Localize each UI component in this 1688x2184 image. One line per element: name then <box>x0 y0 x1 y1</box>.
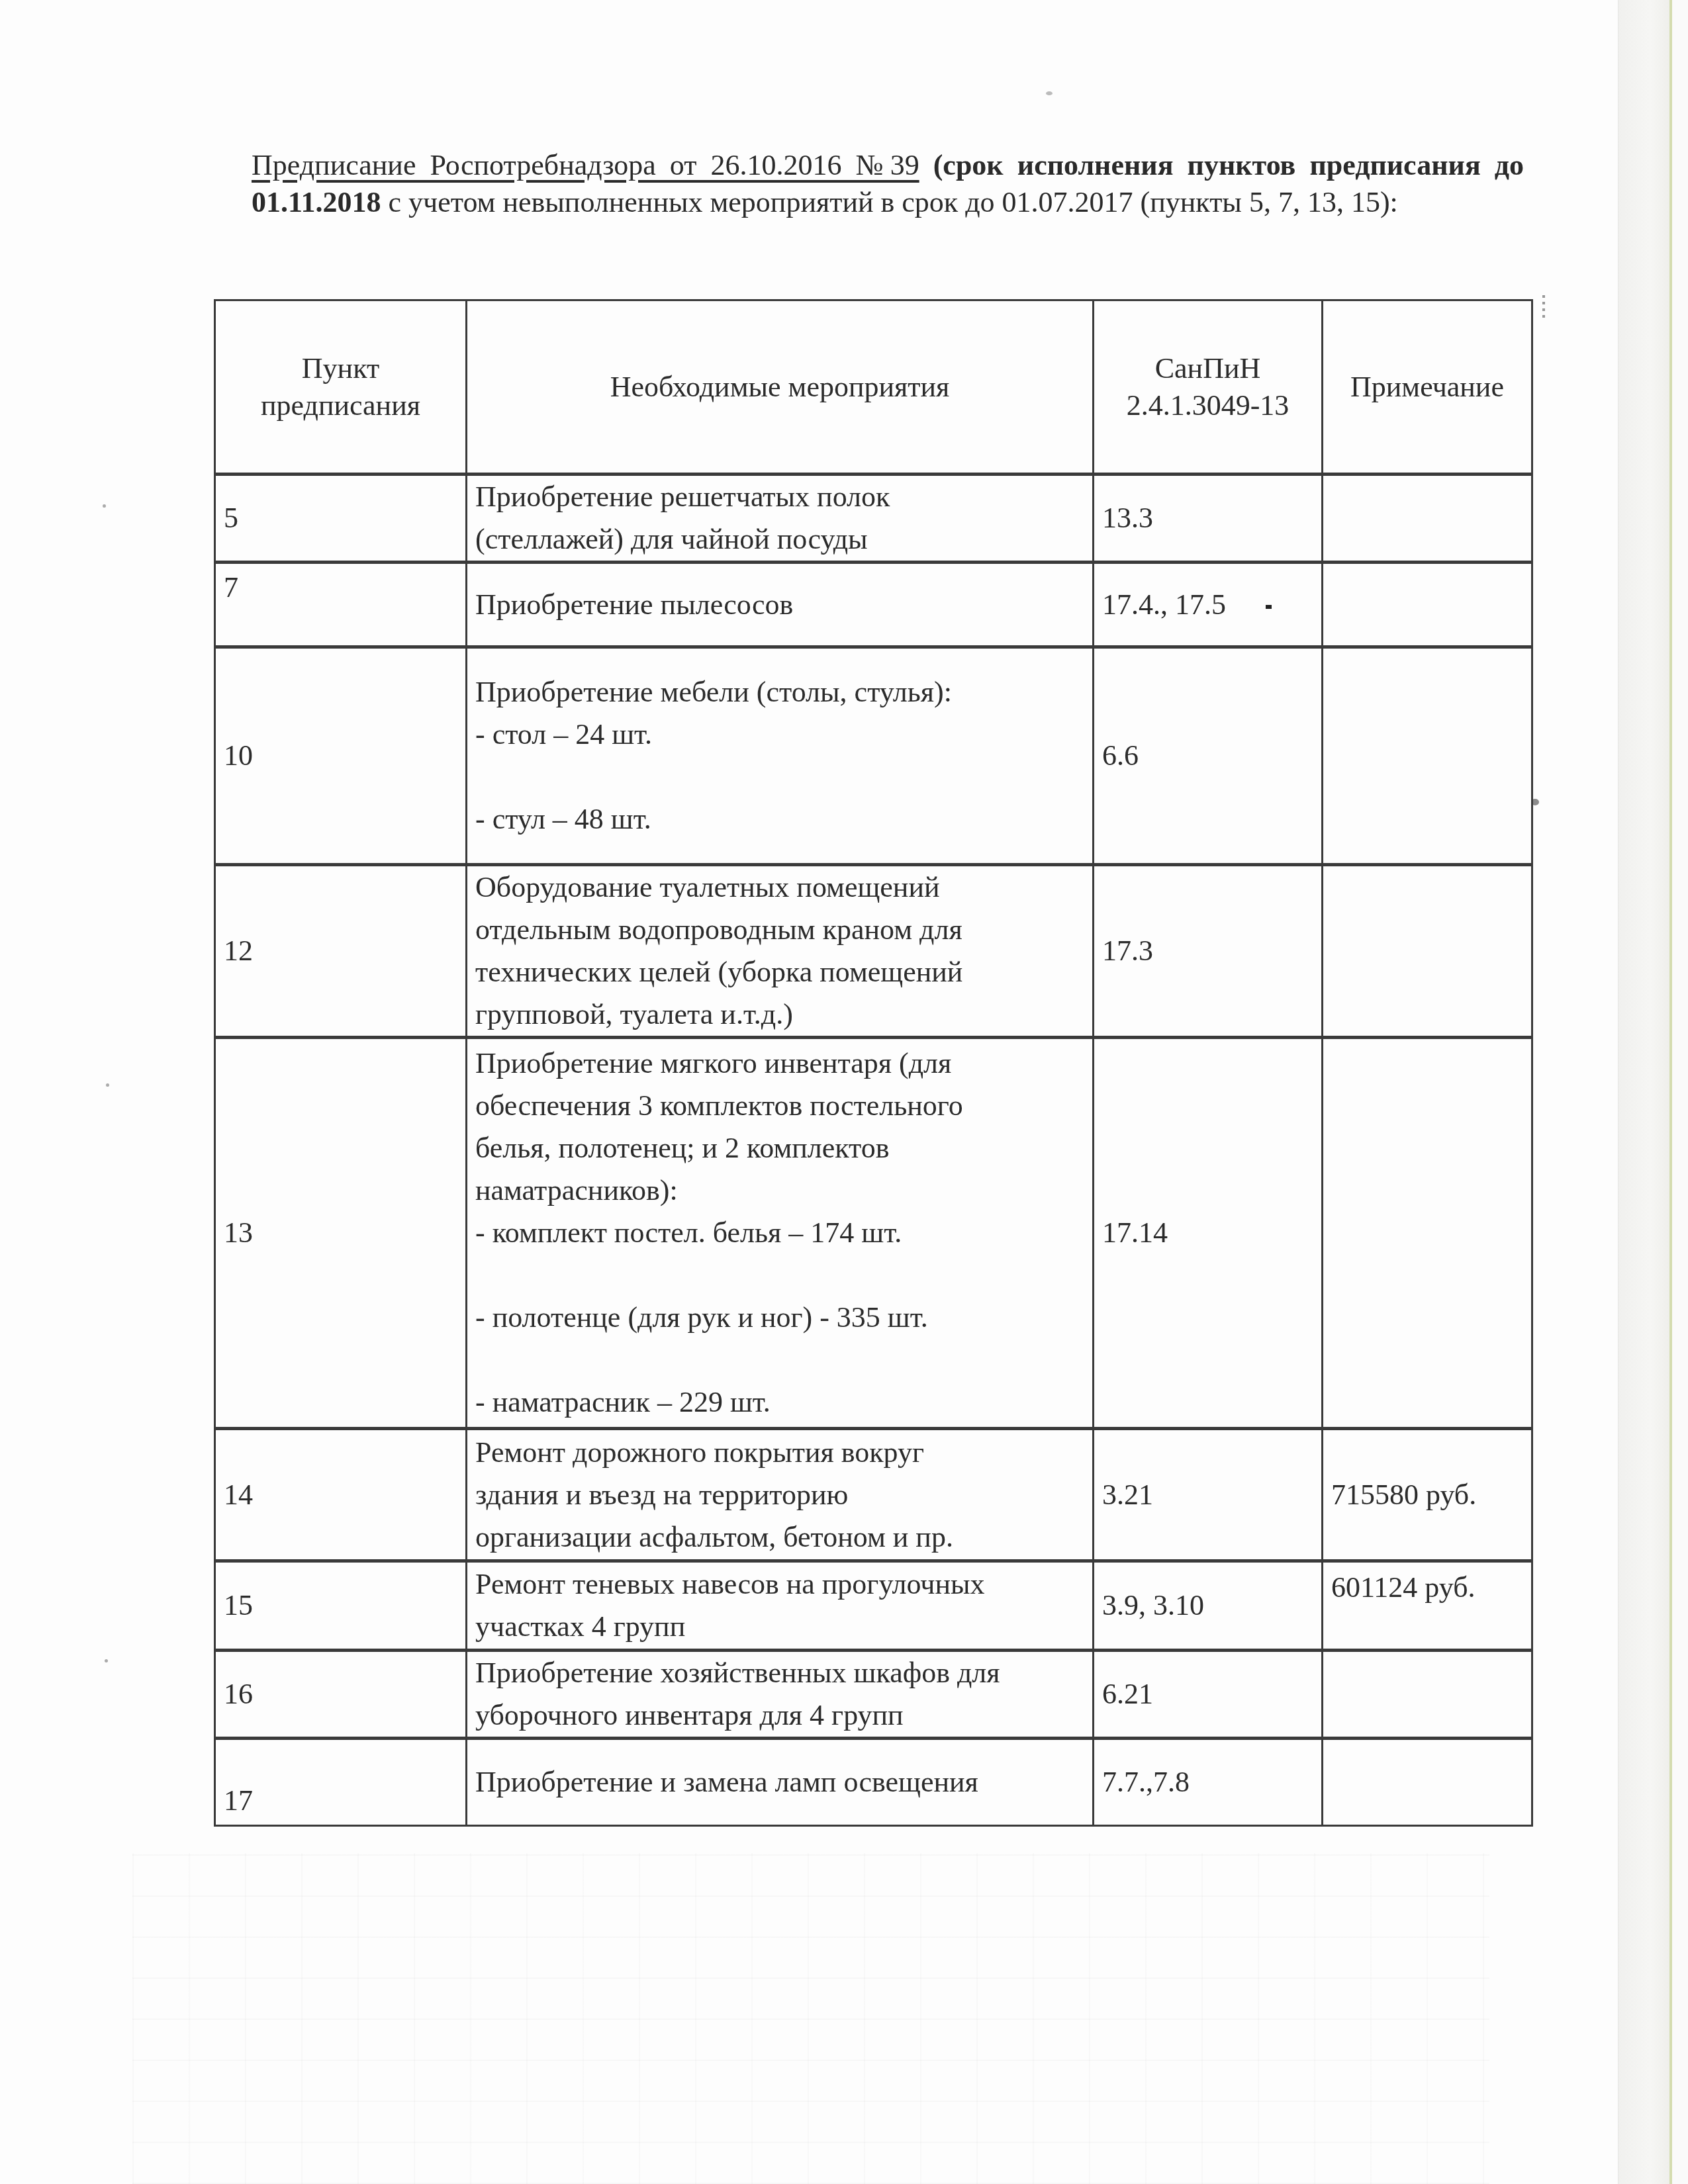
cell-measures: Приобретение пылесосов <box>467 563 1094 647</box>
cell-note: 601124 руб. <box>1323 1561 1532 1651</box>
measure-line <box>475 756 1084 798</box>
scanner-margin <box>1672 0 1688 2184</box>
scanner-page-edge <box>1618 0 1671 2184</box>
scan-speck <box>103 504 106 508</box>
table-header-row: Пункт предписания Необходимые мероприяти… <box>215 300 1532 475</box>
measure-line: - полотенце (для рук и ног) - 335 шт. <box>475 1297 1084 1339</box>
measure-line: - комплект постел. белья – 174 шт. <box>475 1212 1084 1254</box>
measure-line: Приобретение пылесосов <box>475 584 1084 626</box>
measure-line: групповой, туалета и.т.д.) <box>475 993 1084 1036</box>
order-reference: Предписание Роспотребнадзора от 26.10.20… <box>252 149 919 181</box>
table-row: 7Приобретение пылесосов17.4., 17.5 <box>215 563 1532 647</box>
cell-sanpin: 17.4., 17.5 <box>1094 563 1323 647</box>
scan-speck <box>1046 91 1053 95</box>
scan-speck <box>1542 291 1545 318</box>
cell-point: 14 <box>215 1429 467 1561</box>
cell-sanpin: 17.14 <box>1094 1038 1323 1429</box>
cell-note <box>1323 563 1532 647</box>
stray-mark <box>1266 605 1272 609</box>
cell-note <box>1323 1651 1532 1739</box>
table-row: 15Ремонт теневых навесов на прогулочныху… <box>215 1561 1532 1651</box>
table-row: 17Приобретение и замена ламп освещения7.… <box>215 1739 1532 1826</box>
cell-point: 12 <box>215 865 467 1038</box>
cell-measures: Ремонт теневых навесов на прогулочныхуча… <box>467 1561 1094 1651</box>
sanpin-clause: 3.21 <box>1102 1479 1153 1511</box>
cell-sanpin: 13.3 <box>1094 475 1323 563</box>
measure-line: обеспечения 3 комплектов постельного <box>475 1085 1084 1127</box>
scan-speck <box>106 1083 109 1087</box>
measure-line: (стеллажей) для чайной посуды <box>475 518 1084 561</box>
table-row: 14Ремонт дорожного покрытия вокругздания… <box>215 1429 1532 1561</box>
table-row: 16Приобретение хозяйственных шкафов дляу… <box>215 1651 1532 1739</box>
cell-measures: Приобретение решетчатых полок(стеллажей)… <box>467 475 1094 563</box>
measure-line: - стол – 24 шт. <box>475 713 1084 756</box>
cell-note <box>1323 1038 1532 1429</box>
cell-sanpin: 6.21 <box>1094 1651 1323 1739</box>
table-row: 12Оборудование туалетных помещенийотдель… <box>215 865 1532 1038</box>
cell-sanpin: 3.9, 3.10 <box>1094 1561 1323 1651</box>
cell-measures: Приобретение мягкого инвентаря (дляобесп… <box>467 1038 1094 1429</box>
measure-line: Приобретение мягкого инвентаря (для <box>475 1042 1084 1085</box>
measure-line: здания и въезд на территорию <box>475 1474 1084 1516</box>
cell-measures: Приобретение мебели (столы, стулья):- ст… <box>467 647 1094 865</box>
header-point: Пункт предписания <box>215 300 467 475</box>
measure-line: Приобретение мебели (столы, стулья): <box>475 671 1084 713</box>
table-row: 13Приобретение мягкого инвентаря (дляобе… <box>215 1038 1532 1429</box>
cell-point: 13 <box>215 1038 467 1429</box>
measure-line: наматрасников): <box>475 1169 1084 1212</box>
table-row: 5Приобретение решетчатых полок(стеллажей… <box>215 475 1532 563</box>
cell-point: 10 <box>215 647 467 865</box>
cell-measures: Ремонт дорожного покрытия вокругздания и… <box>467 1429 1094 1561</box>
document-heading: Предписание Роспотребнадзора от 26.10.20… <box>252 147 1524 221</box>
cell-point: 5 <box>215 475 467 563</box>
measure-line: Ремонт дорожного покрытия вокруг <box>475 1432 1084 1474</box>
measure-line <box>475 1339 1084 1381</box>
sanpin-clause: 17.3 <box>1102 934 1153 967</box>
measure-line: Оборудование туалетных помещений <box>475 866 1084 909</box>
measure-line: организации асфальтом, бетоном и пр. <box>475 1516 1084 1559</box>
sanpin-clause: 17.4., 17.5 <box>1102 588 1226 621</box>
table-row: 10Приобретение мебели (столы, стулья):- … <box>215 647 1532 865</box>
measure-line: Приобретение решетчатых полок <box>475 476 1084 518</box>
scan-speck <box>105 1659 108 1662</box>
sanpin-clause: 6.21 <box>1102 1678 1153 1710</box>
measure-line: отдельным водопроводным краном для <box>475 909 1084 951</box>
sanpin-clause: 6.6 <box>1102 739 1139 772</box>
cell-point: 15 <box>215 1561 467 1651</box>
measure-line: - наматрасник – 229 шт. <box>475 1381 1084 1424</box>
sanpin-clause: 13.3 <box>1102 502 1153 534</box>
cell-note <box>1323 647 1532 865</box>
sanpin-clause: 17.14 <box>1102 1216 1168 1249</box>
cell-measures: Приобретение хозяйственных шкафов дляубо… <box>467 1651 1094 1739</box>
cell-sanpin: 17.3 <box>1094 865 1323 1038</box>
measure-line <box>475 1254 1084 1297</box>
cell-note <box>1323 1739 1532 1826</box>
cell-sanpin: 3.21 <box>1094 1429 1323 1561</box>
measure-line: технических целей (уборка помещений <box>475 951 1084 993</box>
cell-note <box>1323 475 1532 563</box>
measure-line: - стул – 48 шт. <box>475 798 1084 841</box>
heading-rest: с учетом невыполненных мероприятий в сро… <box>389 186 1398 218</box>
measure-line: Приобретение хозяйственных шкафов для <box>475 1652 1084 1694</box>
cell-point: 16 <box>215 1651 467 1739</box>
measure-line: белья, полотенец; и 2 комплектов <box>475 1127 1084 1169</box>
measure-line: Приобретение и замена ламп освещения <box>475 1761 1084 1803</box>
cell-note: 715580 руб. <box>1323 1429 1532 1561</box>
header-sanpin: СанПиН 2.4.1.3049-13 <box>1094 300 1323 475</box>
bleed-through-grid <box>132 1853 1489 2184</box>
cell-note <box>1323 865 1532 1038</box>
cell-sanpin: 7.7.,7.8 <box>1094 1739 1323 1826</box>
measure-line: Ремонт теневых навесов на прогулочных <box>475 1563 1084 1606</box>
sanpin-clause: 3.9, 3.10 <box>1102 1589 1204 1621</box>
header-measures: Необходимые мероприятия <box>467 300 1094 475</box>
cell-measures: Оборудование туалетных помещенийотдельны… <box>467 865 1094 1038</box>
cell-point: 17 <box>215 1739 467 1826</box>
cell-measures: Приобретение и замена ламп освещения <box>467 1739 1094 1826</box>
header-note: Примечание <box>1323 300 1532 475</box>
measure-line: уборочного инвентаря для 4 групп <box>475 1694 1084 1737</box>
sanpin-clause: 7.7.,7.8 <box>1102 1766 1190 1798</box>
cell-point: 7 <box>215 563 467 647</box>
cell-sanpin: 6.6 <box>1094 647 1323 865</box>
measure-line: участках 4 групп <box>475 1606 1084 1648</box>
measures-table: Пункт предписания Необходимые мероприяти… <box>214 299 1533 1827</box>
